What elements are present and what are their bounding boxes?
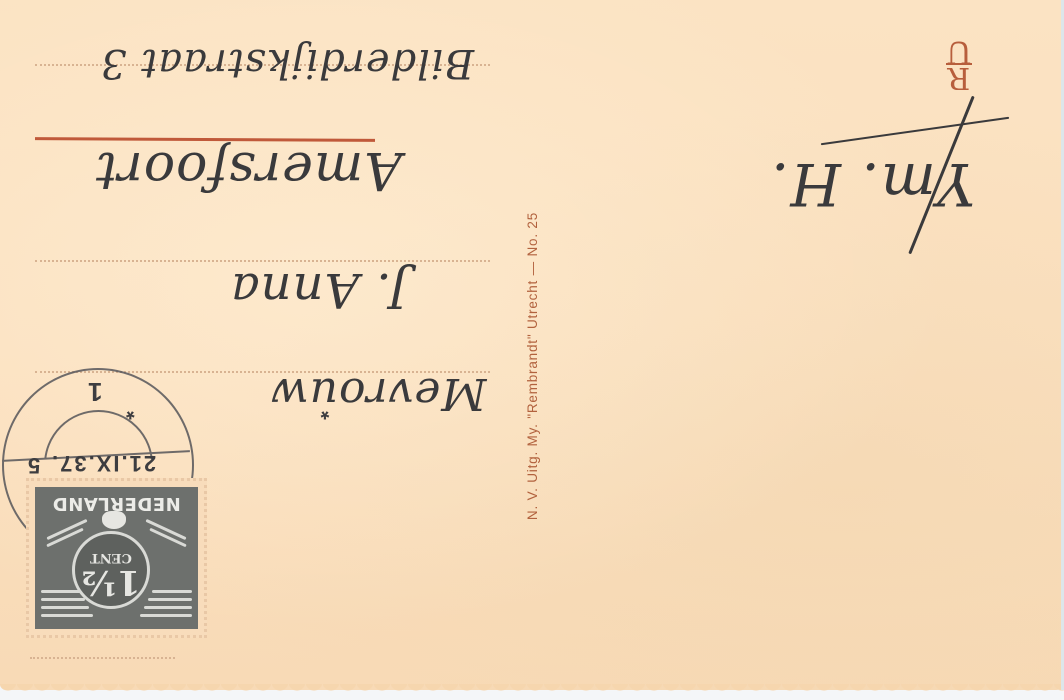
address-line-city: Amersfoort <box>95 140 402 200</box>
signature-flourish <box>821 117 1009 145</box>
deckled-edge <box>0 684 1064 700</box>
publisher-imprint: N. V. Uitg. My. "Rembrandt" Utrecht — No… <box>522 146 544 586</box>
stamp-value: 1½ <box>72 565 150 599</box>
postmark-stars: * * <box>36 398 329 424</box>
postage-stamp: 1½ CENT NEDERLAND <box>26 478 207 638</box>
postmark-time: 5 <box>28 452 40 478</box>
sender-signature: Ym. H. <box>770 150 975 218</box>
address-line-street: Bilderdijkstraat 3 <box>100 40 474 86</box>
stamp-country: NEDERLAND <box>35 493 198 514</box>
postmark-date: 21.IX.37. <box>50 450 156 476</box>
stamp-unit: CENT <box>72 550 150 565</box>
postcard-back: Bilderdijkstraat 3 Amersfoort J. Anna Me… <box>0 0 1062 690</box>
publisher-monogram: R U <box>942 38 976 90</box>
stamp-guide-line <box>30 657 175 659</box>
address-line-name: J. Anna <box>230 262 408 318</box>
